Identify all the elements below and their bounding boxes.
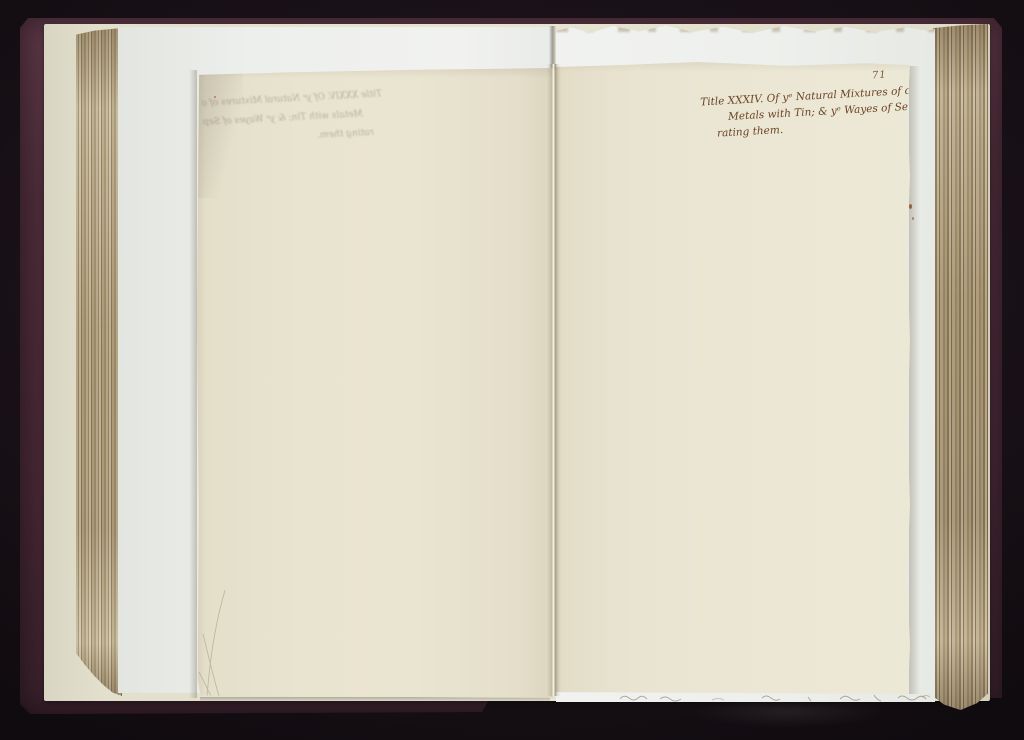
left-leaf: Title XXXIV. Of yᵉ Natural Mixtures of o…: [197, 68, 553, 698]
bottom-page-scribbles: [612, 691, 942, 704]
foxing-spot: [912, 217, 914, 220]
leaf-shadow-right: [909, 66, 920, 694]
leaf-shadow-left: [189, 70, 197, 698]
center-fold: [547, 64, 560, 696]
show-through-text: Title XXXIV. Of yᵉ Natural Mixtures of o…: [202, 85, 385, 151]
corner-wrinkles: [197, 588, 233, 698]
foxing-spot: [214, 96, 216, 98]
right-page-edges-stack: [933, 24, 988, 710]
folio-number: 71: [872, 69, 887, 81]
title-inscription: Title XXXIV. Of yᵉ Natural Mixtures of o…: [700, 82, 935, 143]
leaf-shadow-bottom: [200, 697, 550, 702]
right-leaf: 71 Title XXXIV. Of yᵉ Natural Mixtures o…: [556, 62, 910, 694]
manuscript-photo: Title XXXIV. Of yᵉ Natural Mixtures of o…: [0, 0, 1024, 740]
foxing-spot: [909, 204, 912, 209]
left-page-edges-stack: [76, 28, 122, 696]
